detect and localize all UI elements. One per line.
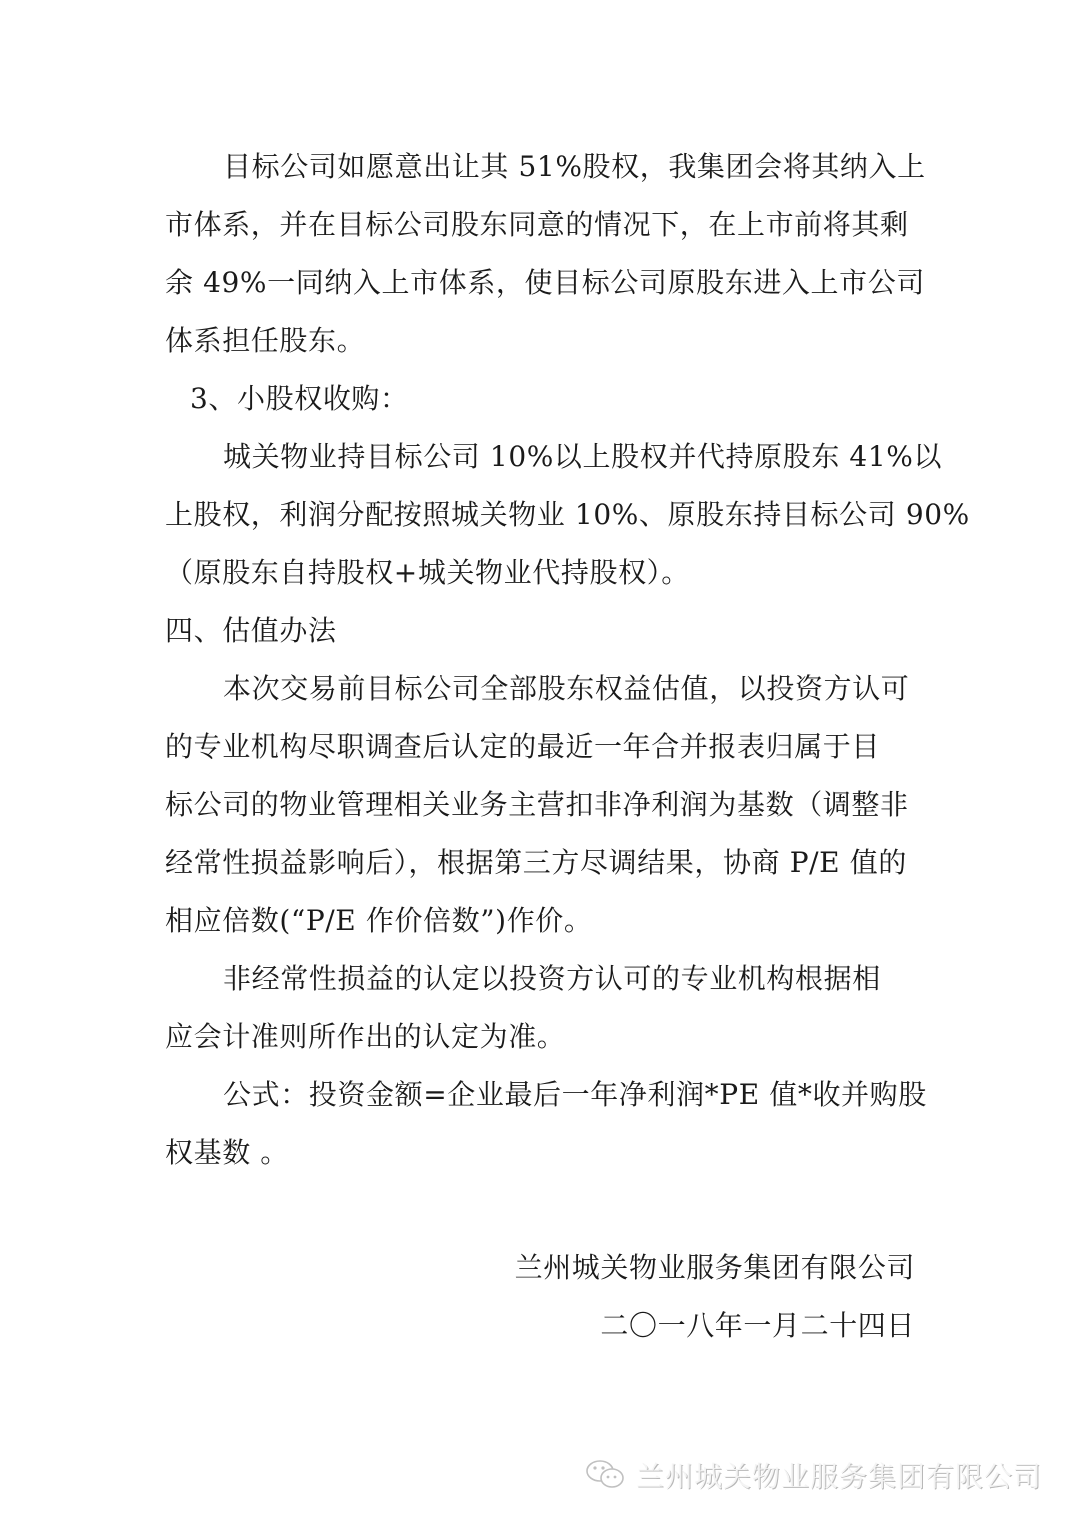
paragraph-1-line-2: 市体系，并在目标公司股东同意的情况下，在上市前将其剩	[165, 205, 909, 245]
paragraph-1-line-1: 目标公司如愿意出让其 51%股权，我集团会将其纳入上	[223, 147, 926, 187]
signature-date: 二〇一八年一月二十四日	[600, 1306, 915, 1346]
section-4-heading: 四、估值办法	[165, 611, 337, 651]
section-3-heading: 3、小股权收购：	[190, 379, 409, 419]
paragraph-4-line-2: 应会计准则所作出的认定为准。	[165, 1017, 565, 1057]
watermark-text: 兰州城关物业服务集团有限公司	[636, 1455, 1042, 1495]
paragraph-3-line-4: 经常性损益影响后），根据第三方尽调结果，协商 P/E 值的	[165, 843, 907, 883]
wechat-icon	[584, 1457, 628, 1493]
paragraph-4-line-1: 非经常性损益的认定以投资方认可的专业机构根据相	[223, 959, 881, 999]
paragraph-1-line-4: 体系担任股东。	[165, 321, 365, 361]
paragraph-3-line-2: 的专业机构尽职调查后认定的最近一年合并报表归属于目	[165, 727, 880, 767]
paragraph-3-line-3: 标公司的物业管理相关业务主营扣非净利润为基数（调整非	[165, 785, 909, 825]
document-page: 目标公司如愿意出让其 51%股权，我集团会将其纳入上 市体系，并在目标公司股东同…	[0, 0, 1080, 1527]
paragraph-3-line-1: 本次交易前目标公司全部股东权益估值，以投资方认可	[223, 669, 909, 709]
signature-company: 兰州城关物业服务集团有限公司	[515, 1248, 915, 1288]
paragraph-1-line-3: 余 49%一同纳入上市体系，使目标公司原股东进入上市公司	[165, 263, 925, 303]
wechat-watermark: 兰州城关物业服务集团有限公司	[584, 1455, 1042, 1495]
paragraph-2-line-2: 上股权，利润分配按照城关物业 10%、原股东持目标公司 90%	[165, 495, 970, 535]
paragraph-5-line-2: 权基数 。	[165, 1133, 289, 1173]
paragraph-5-line-1: 公式：投资金额=企业最后一年净利润*PE 值*收并购股	[223, 1075, 927, 1115]
paragraph-3-line-5: 相应倍数(“P/E 作价倍数”)作价。	[165, 901, 593, 941]
paragraph-2-line-1: 城关物业持目标公司 10%以上股权并代持原股东 41%以	[223, 437, 942, 477]
paragraph-2-line-3: （原股东自持股权+城关物业代持股权）。	[165, 553, 690, 593]
